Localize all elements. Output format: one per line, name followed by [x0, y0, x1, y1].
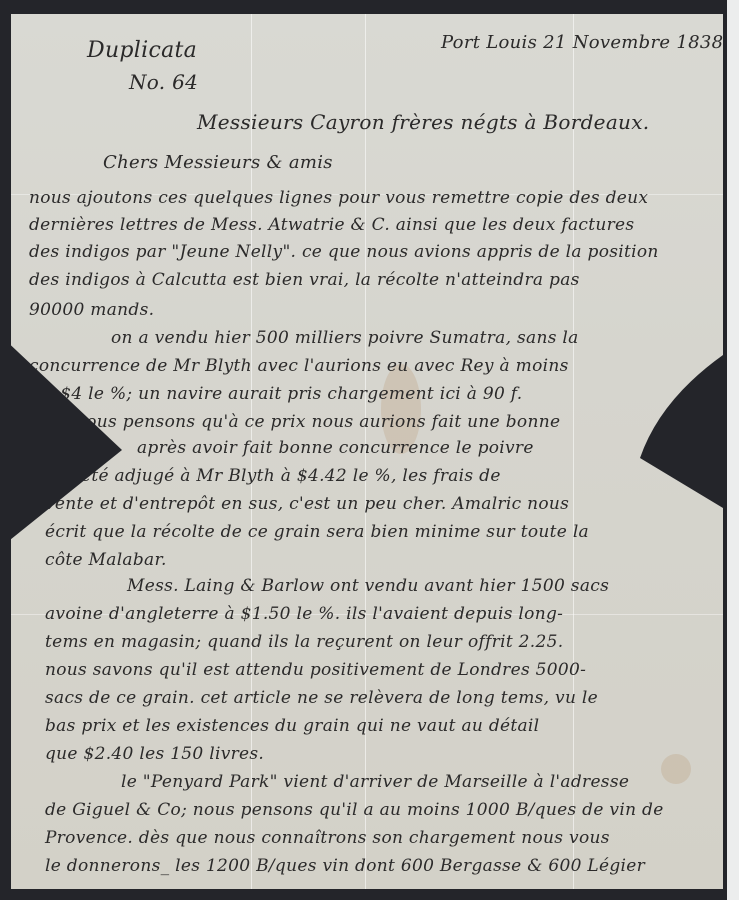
- letter-number: No. 64: [129, 70, 198, 94]
- letter-line: des indigos à Calcutta est bien vrai, la…: [29, 270, 580, 290]
- letter-line: bas prix et les existences du grain qui …: [45, 716, 539, 736]
- letter-paper: Duplicata No. 64 Port Louis 21 Novembre …: [11, 14, 723, 889]
- letter-line: côte Malabar.: [45, 550, 167, 570]
- letter-line: Provence. dès que nous connaîtrons son c…: [45, 828, 610, 848]
- letter-line: nous ajoutons ces quelques lignes pour v…: [29, 188, 648, 208]
- ink-stain: [661, 754, 691, 784]
- letter-line: après avoir fait bonne concurrence le po…: [137, 438, 534, 458]
- letter-line: écrit que la récolte de ce grain sera bi…: [45, 522, 589, 542]
- letter-line: 90000 mands.: [29, 300, 154, 320]
- letter-line: sacs de ce grain. cet article ne se relè…: [45, 688, 598, 708]
- scanner-edge-strip: [727, 0, 739, 900]
- letter-line: des indigos par "Jeune Nelly". ce que no…: [29, 242, 659, 262]
- letter-line: dernières lettres de Mess. Atwatrie & C.…: [29, 215, 634, 235]
- letter-line: on a vendu hier 500 milliers poivre Suma…: [111, 328, 579, 348]
- place-date: Port Louis 21 Novembre 1838: [441, 32, 723, 53]
- letter-line: concurrence de Mr Blyth avec l'aurions e…: [29, 356, 569, 376]
- letter-line: que $2.40 les 150 livres.: [45, 744, 264, 764]
- letter-line: avoine d'angleterre à $1.50 le %. ils l'…: [45, 604, 563, 624]
- letter-line: tems en magasin; quand ils la reçurent o…: [45, 632, 563, 652]
- addressee: Messieurs Cayron frères négts à Bordeaux…: [197, 110, 649, 134]
- letter-line: nous savons qu'il est attendu positiveme…: [45, 660, 586, 680]
- letter-line: nous pensons qu'à ce prix nous aurions f…: [75, 412, 560, 432]
- duplicata-label: Duplicata: [87, 38, 197, 63]
- letter-line: Mess. Laing & Barlow ont vendu avant hie…: [127, 576, 609, 596]
- letter-line: vente et d'entrepôt en sus, c'est un peu…: [45, 494, 569, 514]
- letter-line: de $4 le %; un navire aurait pris charge…: [33, 384, 522, 404]
- salutation: Chers Messieurs & amis: [103, 152, 333, 173]
- letter-line: le donnerons_ les 1200 B/ques vin dont 6…: [45, 856, 645, 876]
- letter-line: le "Penyard Park" vient d'arriver de Mar…: [121, 772, 629, 792]
- fold-line: [573, 14, 574, 889]
- letter-line: été adjugé à Mr Blyth à $4.42 le %, les …: [81, 466, 501, 486]
- letter-line: de Giguel & Co; nous pensons qu'il a au …: [45, 800, 664, 820]
